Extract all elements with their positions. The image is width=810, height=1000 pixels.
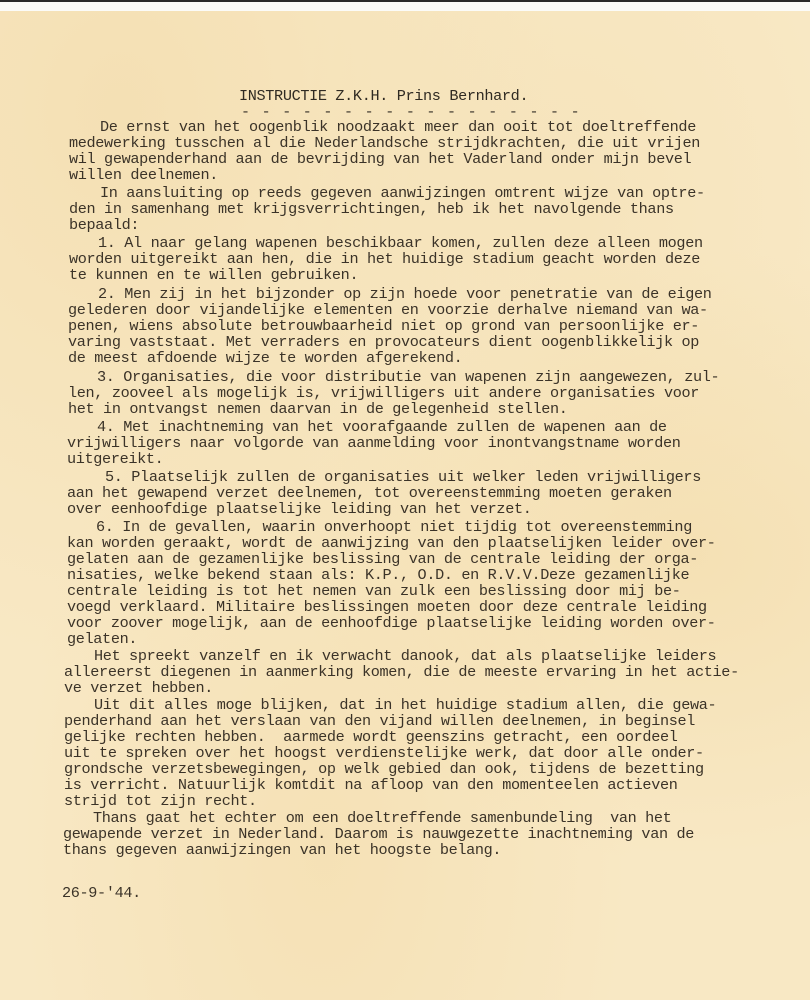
text-line: penen, wiens absolute betrouwbaarheid ni… (68, 318, 699, 334)
text-line: gelijke rechten hebben. aarmede wordt ge… (64, 729, 677, 745)
text-line: den in samenhang met krijgsverrichtingen… (69, 201, 674, 217)
text-line: het in ontvangst nemen daarvan in de gel… (68, 401, 568, 417)
text-line: nisaties, welke bekend staan als: K.P., … (67, 567, 689, 583)
text-line: over eenhoofdige plaatselijke leiding va… (67, 501, 532, 517)
text-line: de meest afdoende wijze te worden afgere… (68, 350, 462, 366)
text-line: 2. Men zij in het bijzonder op zijn hoed… (98, 286, 711, 302)
text-line: thans gegeven aanwijzingen van het hoogs… (63, 842, 501, 858)
text-line: gelaten. (67, 631, 137, 647)
text-line: kan worden geraakt, wordt de aanwijzing … (67, 535, 716, 551)
text-line: medewerking tusschen al die Nederlandsch… (69, 135, 700, 151)
text-line: voegd verklaard. Militaire beslissingen … (67, 599, 707, 615)
text-line: centrale leiding is tot het nemen van zu… (67, 583, 680, 599)
text-line: te kunnen en te willen gebruiken. (69, 267, 358, 283)
text-line: De ernst van het oogenblik noodzaakt mee… (100, 119, 696, 135)
text-line: allereerst diegenen in aanmerking komen,… (64, 664, 739, 680)
scan-top-margin (0, 2, 810, 11)
text-line: 6. In de gevallen, waarin onverhoopt nie… (96, 519, 692, 535)
text-line: 3. Organisaties, die voor distributie va… (97, 369, 719, 385)
text-line: Het spreekt vanzelf en ik verwacht danoo… (94, 648, 716, 664)
text-line: len, zooveel als mogelijk is, vrijwillig… (68, 385, 699, 401)
text-line: is verricht. Natuurlijk komtdit na afloo… (64, 777, 677, 793)
text-line: uitgereikt. (67, 451, 163, 467)
text-line: voor zoover mogelijk, aan de eenhoofdige… (67, 615, 716, 631)
document-title: INSTRUCTIE Z.K.H. Prins Bernhard. (239, 87, 528, 105)
text-line: willen deelnemen. (69, 167, 218, 183)
text-line: Thans gaat het echter om een doeltreffen… (93, 810, 671, 826)
text-line: wil gewapenderhand aan de bevrijding van… (69, 151, 691, 167)
text-line: gelederen door vijandelijke elementen en… (68, 302, 708, 318)
text-line: bepaald: (69, 217, 139, 233)
text-line: uit te spreken over het hoogst verdienst… (64, 745, 704, 761)
text-line: vrijwilligers naar volgorde van aanmeldi… (67, 435, 680, 451)
text-line: strijd tot zijn recht. (64, 793, 257, 809)
text-line: 5. Plaatselijk zullen de organisaties ui… (105, 469, 701, 485)
text-line: gewapende verzet in Nederland. Daarom is… (63, 826, 694, 842)
text-line: ve verzet hebben. (64, 680, 213, 696)
text-line: In aansluiting op reeds gegeven aanwijzi… (100, 185, 705, 201)
text-line: aan het gewapend verzet deelnemen, tot o… (67, 485, 672, 501)
text-line: varing vaststaat. Met verraders en provo… (68, 334, 699, 350)
text-line: worden uitgereikt aan hen, die in het hu… (69, 251, 700, 267)
text-line: Uit dit alles moge blijken, dat in het h… (94, 697, 716, 713)
text-line: 1. Al naar gelang wapenen beschikbaar ko… (98, 235, 703, 251)
text-line: grondsche verzetsbewegingen, op welk geb… (64, 761, 704, 777)
text-line: 4. Met inachtneming van het voorafgaande… (97, 419, 667, 435)
document-date: 26-9-'44. (62, 884, 141, 902)
text-line: penderhand aan het verslaan van den vija… (64, 713, 695, 729)
text-line: gelaten aan de gezamenlijke beslissing v… (67, 551, 698, 567)
